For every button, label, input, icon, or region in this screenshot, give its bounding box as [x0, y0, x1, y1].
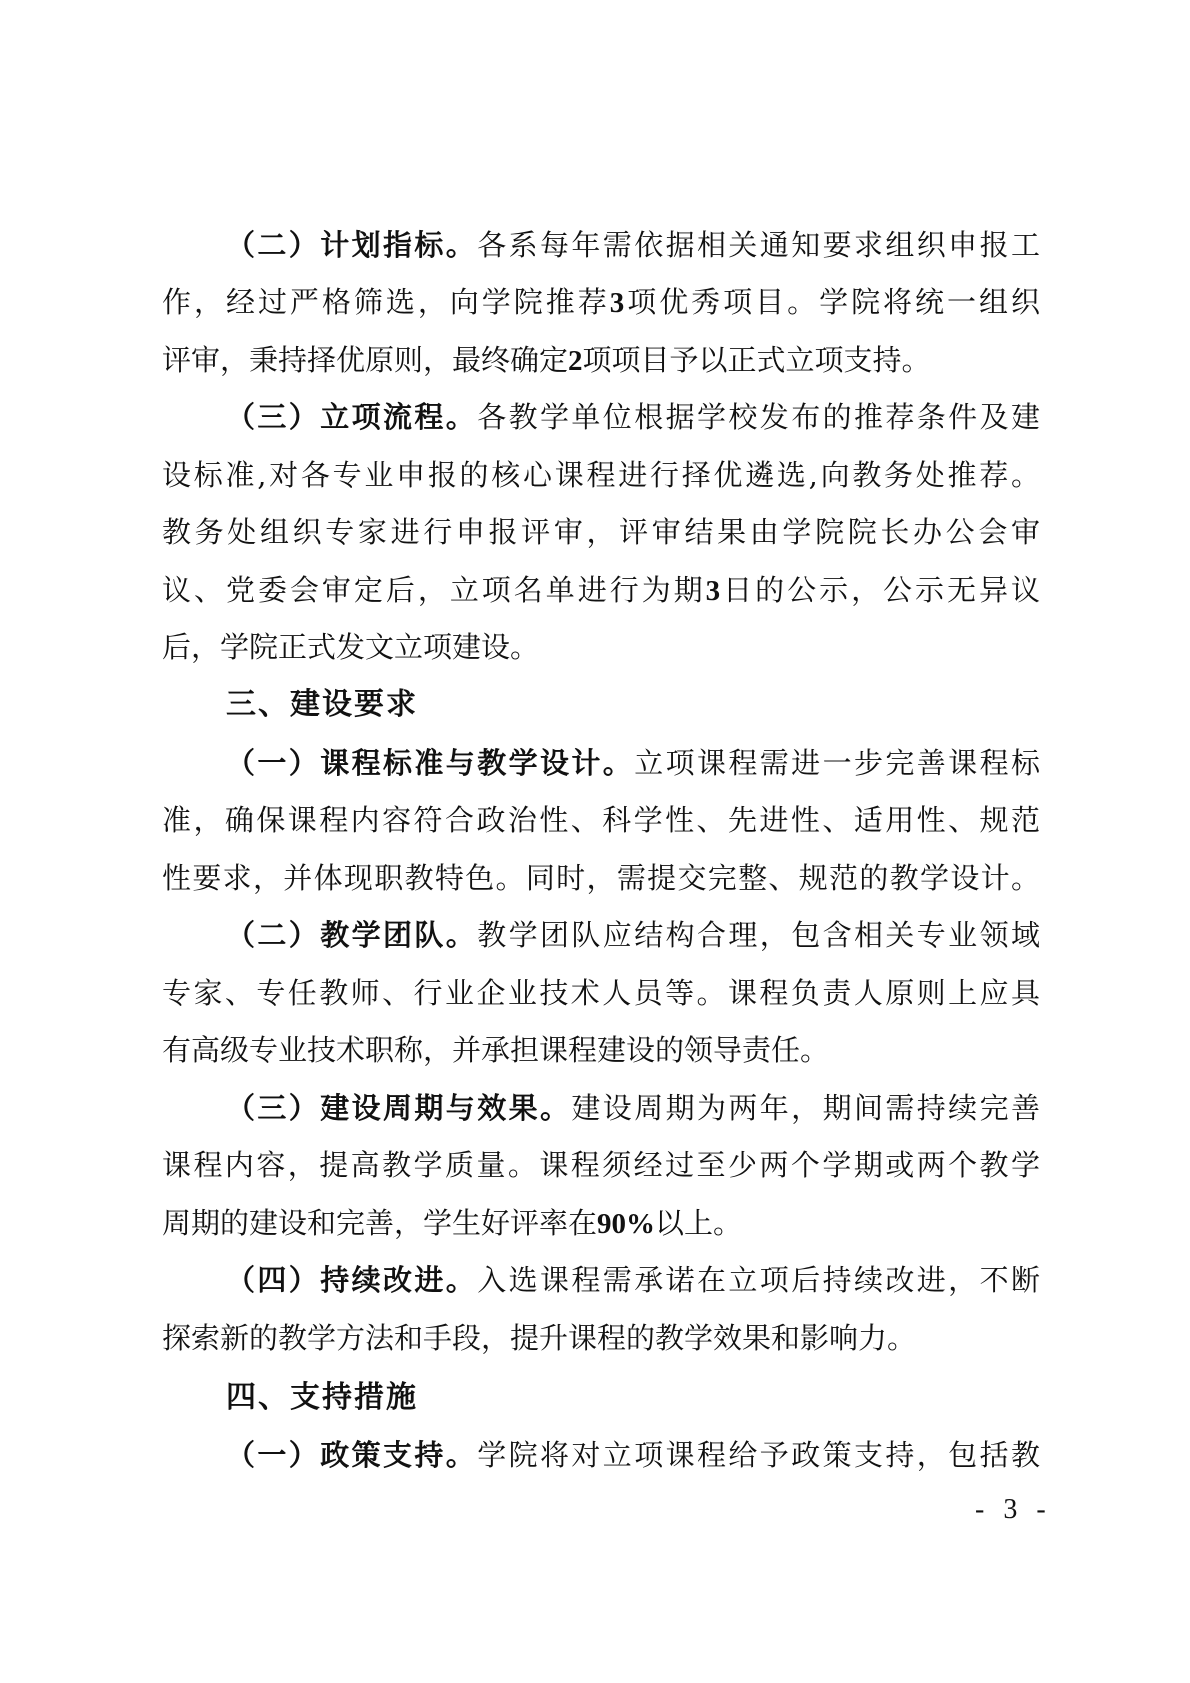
recommended-count: 3: [610, 287, 625, 319]
line-text: 立项课程需进一步完善课程标: [634, 746, 1040, 780]
line-text: 学院将对立项课程给予政策支持，包括教: [477, 1438, 1040, 1472]
approval-rate: 90%: [597, 1208, 655, 1240]
paragraph-line: 作，经过严格筛选，向学院推荐3项优秀项目。学院将统一组织: [162, 282, 1040, 322]
line-text: 作，经过严格筛选，向学院推荐: [162, 285, 610, 319]
line-text: 入选课程需承诺在立项后持续改进，不断: [477, 1263, 1040, 1297]
approved-count: 2: [568, 345, 583, 377]
paragraph-line: 周期的建设和完善，学生好评率在90%以上。: [162, 1203, 1040, 1243]
paragraph-line: 评审，秉持择优原则，最终确定2项项目予以正式立项支持。: [162, 340, 1040, 380]
line-text: 项项目予以正式立项支持。: [583, 343, 931, 377]
section-lead-approval-process: （三）立项流程。: [226, 400, 477, 434]
paragraph-line: （二）教学团队。教学团队应结构合理，包含相关专业领域: [226, 915, 1040, 955]
line-text: 专家、专任教师、行业企业技术人员等。课程负责人原则上应具: [162, 976, 1040, 1010]
line-text: 性要求，并体现职教特色。同时，需提交完整、规范的教学设计。: [162, 861, 1040, 895]
line-text: 各系每年需依据相关通知要求组织申报工: [477, 228, 1040, 262]
paragraph-line: 后，学院正式发文立项建设。: [162, 627, 1040, 667]
line-text: 设标准,对各专业申报的核心课程进行择优遴选,向教务处推荐。: [162, 458, 1040, 492]
page-number: - 3 -: [975, 1490, 1052, 1530]
paragraph-line: 专家、专任教师、行业企业技术人员等。课程负责人原则上应具: [162, 973, 1040, 1013]
line-text: 建设周期为两年，期间需持续完善: [571, 1091, 1040, 1125]
paragraph-line: 性要求，并体现职教特色。同时，需提交完整、规范的教学设计。: [162, 858, 1040, 898]
paragraph-line: 设标准,对各专业申报的核心课程进行择优遴选,向教务处推荐。: [162, 455, 1040, 495]
line-text: 日的公示，公示无异议: [720, 573, 1040, 607]
section-lead-plan-targets: （二）计划指标。: [226, 228, 477, 262]
line-text: 教务处组织专家进行申报评审，评审结果由学院院长办公会审: [162, 515, 1040, 549]
section-lead-policy-support: （一）政策支持。: [226, 1438, 477, 1472]
paragraph-line: （一）课程标准与教学设计。立项课程需进一步完善课程标: [226, 743, 1040, 783]
paragraph-line: 课程内容，提高教学质量。课程须经过至少两个学期或两个教学: [162, 1145, 1040, 1185]
line-text: 课程内容，提高教学质量。课程须经过至少两个学期或两个教学: [162, 1148, 1040, 1182]
line-text: 准，确保课程内容符合政治性、科学性、先进性、适用性、规范: [162, 803, 1040, 837]
paragraph-line: 探索新的教学方法和手段，提升课程的教学效果和影响力。: [162, 1318, 1040, 1358]
paragraph-line: 教务处组织专家进行申报评审，评审结果由学院院长办公会审: [162, 512, 1040, 552]
paragraph-line: （三）立项流程。各教学单位根据学校发布的推荐条件及建: [226, 397, 1040, 437]
paragraph-line: （二）计划指标。各系每年需依据相关通知要求组织申报工: [226, 225, 1040, 265]
section-lead-continuous-improvement: （四）持续改进。: [226, 1263, 477, 1297]
line-text: 探索新的教学方法和手段，提升课程的教学效果和影响力。: [162, 1321, 916, 1355]
line-text: 教学团队应结构合理，包含相关专业领域: [477, 918, 1040, 952]
paragraph-line: 准，确保课程内容符合政治性、科学性、先进性、适用性、规范: [162, 800, 1040, 840]
line-text: 有高级专业技术职称，并承担课程建设的领导责任。: [162, 1033, 829, 1067]
paragraph-line: （一）政策支持。学院将对立项课程给予政策支持，包括教: [226, 1435, 1040, 1475]
line-text: 评审，秉持择优原则，最终确定: [162, 343, 568, 377]
line-text: 各教学单位根据学校发布的推荐条件及建: [477, 400, 1040, 434]
paragraph-line: （四）持续改进。入选课程需承诺在立项后持续改进，不断: [226, 1260, 1040, 1300]
line-text: 后，学院正式发文立项建设。: [162, 630, 539, 664]
line-text: 议、党委会审定后，立项名单进行为期: [162, 573, 706, 607]
paragraph-line: 有高级专业技术职称，并承担课程建设的领导责任。: [162, 1030, 1040, 1070]
section-lead-teaching-team: （二）教学团队。: [226, 918, 477, 952]
document-page: （二）计划指标。各系每年需依据相关通知要求组织申报工 作，经过严格筛选，向学院推…: [0, 0, 1190, 1683]
line-text: 周期的建设和完善，学生好评率在: [162, 1206, 597, 1240]
line-text: 以上。: [655, 1206, 742, 1240]
section-lead-course-standards: （一）课程标准与教学设计。: [226, 746, 634, 780]
paragraph-line: 议、党委会审定后，立项名单进行为期3日的公示，公示无异议: [162, 570, 1040, 610]
section-heading-support-measures: 四、支持措施: [226, 1378, 418, 1418]
section-heading-construction-requirements: 三、建设要求: [226, 685, 418, 725]
publicity-days: 3: [706, 575, 721, 607]
line-text: 项优秀项目。学院将统一组织: [624, 285, 1040, 319]
section-lead-cycle-and-effect: （三）建设周期与效果。: [226, 1091, 571, 1125]
paragraph-line: （三）建设周期与效果。建设周期为两年，期间需持续完善: [226, 1088, 1040, 1128]
